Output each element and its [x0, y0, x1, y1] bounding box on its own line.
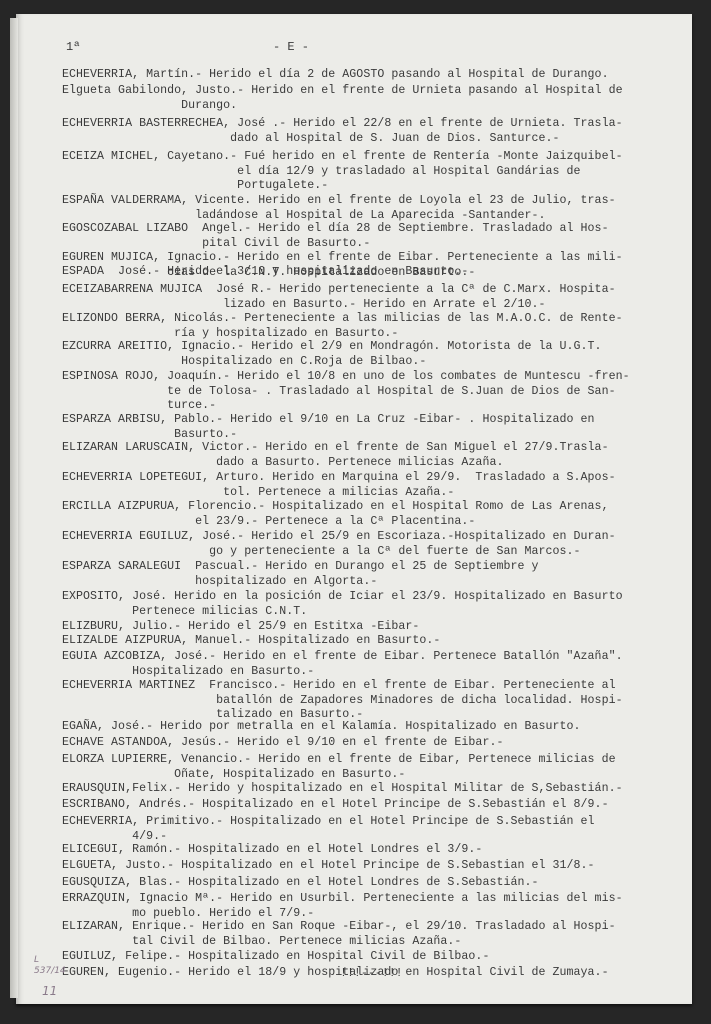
- entry-line: ECHEVERRIA, Martín.- Herido el día 2 de …: [62, 68, 609, 82]
- entry-line: EGUIA AZCOBIZA, José.- Herido en el fren…: [62, 650, 623, 664]
- entry-line: ELIZONDO BERRA, Nicolás.- Perteneciente …: [62, 312, 623, 326]
- entry-continuation-line: Portugalete.-: [62, 179, 328, 193]
- entry-line: EGAÑA, José.- Herido por metralla en el …: [62, 720, 581, 734]
- entry-continuation-line: Hospitalizado en Basurto.-: [62, 665, 314, 679]
- entry-line: ESPINOSA ROJO, Joaquín.- Herido el 10/8 …: [62, 370, 630, 384]
- entry-line: ERAUSQUIN,Felix.- Herido y hospitalizado…: [62, 782, 623, 796]
- entry-continuation-line: tal Civil de Bilbao. Pertenece milicias …: [62, 935, 461, 949]
- entry-line: ERCILLA AIZPURUA, Florencio.- Hospitaliz…: [62, 500, 609, 514]
- entry-continuation-line: pital Civil de Basurto.-: [62, 237, 370, 251]
- entry-continuation-line: go y perteneciente a la Cª del fuerte de…: [62, 545, 581, 559]
- entry-line: EXPOSITO, José. Herido en la posición de…: [62, 590, 623, 604]
- entry-line: ECHEVERRIA LOPETEGUI, Arturo. Herido en …: [62, 471, 616, 485]
- entry-line: EGUREN, Eugenio.- Herido el 18/9 y hospi…: [62, 966, 609, 980]
- entry-line: ESCRIBANO, Andrés.- Hospitalizado en el …: [62, 798, 609, 812]
- entry-continuation-line: Basurto.-: [62, 428, 237, 442]
- entry-line: ERRAZQUIN, Ignacio Mª.- Herido en Usurbi…: [62, 892, 623, 906]
- entry-line: ESPARZA SARALEGUI Pascual.- Herido en Du…: [62, 560, 539, 574]
- entry-line: ECHEVERRIA, Primitivo.- Hospitalizado en…: [62, 815, 595, 829]
- entry-line: ECEIZABARRENA MUJICA José R.- Herido per…: [62, 283, 616, 297]
- entry-continuation-line: turce.-: [62, 399, 216, 413]
- entry-line: ESPAÑA VALDERRAMA, Vicente. Herido en el…: [62, 194, 616, 208]
- page-edge: [10, 18, 18, 998]
- entry-line: ECHEVERRIA BASTERRECHEA, José .- Herido …: [62, 117, 623, 131]
- entry-line: ECHAVE ASTANDOA, Jesús.- Herido el 9/10 …: [62, 736, 503, 750]
- archive-sheet-number: 11: [42, 984, 57, 998]
- entry-line: EGUSQUIZA, Blas.- Hospitalizado en el Ho…: [62, 876, 539, 890]
- entry-continuation-line: el día 12/9 y trasladado al Hospital Gan…: [62, 165, 581, 179]
- entry-line: ELIZARAN, Enrique.- Herido en San Roque …: [62, 920, 616, 934]
- page-number: 1ª: [66, 40, 80, 54]
- archive-reference: L 537/14: [34, 955, 66, 977]
- entry-line: Elgueta Gabilondo, Justo.- Herido en el …: [62, 84, 623, 98]
- entry-continuation-line: Oñate, Hospitalizado en Basurto.-: [62, 768, 405, 782]
- entry-line: ECHEVERRIA MARTINEZ Francisco.- Herido e…: [62, 679, 616, 693]
- entry-continuation-line: dado al Hospital de S. Juan de Dios. San…: [62, 132, 560, 146]
- entry-line: ESPARZA ARBISU, Pablo.- Herido el 9/10 e…: [62, 413, 595, 427]
- entry-line: EGUILUZ, Felipe.- Hospitalizado en Hospi…: [62, 950, 489, 964]
- entry-line: ECHEVERRIA EGUILUZ, José.- Herido el 25/…: [62, 530, 616, 544]
- end-mark: !!!---!!!: [340, 967, 403, 980]
- entry-continuation-line: Pertenece milicias C.N.T.: [62, 605, 307, 619]
- entry-continuation-line: lizado en Basurto.- Herido en Arrate el …: [62, 298, 546, 312]
- entry-line: ELGUETA, Justo.- Hospitalizado en el Hot…: [62, 859, 595, 873]
- entry-continuation-line: te de Tolosa- . Trasladado al Hospital d…: [62, 385, 616, 399]
- entry-continuation-line: tol. Pertenece a milicias Azaña.-: [62, 486, 454, 500]
- entry-line: ELIZALDE AIZPURUA, Manuel.- Hospitalizad…: [62, 634, 440, 648]
- entry-line: ELORZA LUPIERRE, Venancio.- Herido en el…: [62, 753, 616, 767]
- entry-continuation-line: cias de la C.N.T. Hospitalizado en Basur…: [62, 266, 475, 280]
- entry-continuation-line: Durango.: [62, 99, 237, 113]
- entry-continuation-line: el 23/9.- Pertenece a la Cª Placentina.-: [62, 515, 475, 529]
- entry-continuation-line: ladándose al Hospital de La Aparecida -S…: [62, 209, 546, 223]
- entry-continuation-line: hospitalizado en Algorta.-: [62, 575, 377, 589]
- entry-continuation-line: 4/9.-: [62, 830, 167, 844]
- entry-continuation-line: ría y hospitalizado en Basurto.-: [62, 327, 398, 341]
- entry-line: EGUREN MUJICA, Ignacio.- Herido en el fr…: [62, 251, 623, 265]
- entry-line: ECEIZA MICHEL, Cayetano.- Fué herido en …: [62, 150, 623, 164]
- entry-continuation-line: dado a Basurto. Pertenece milicias Azaña…: [62, 456, 503, 470]
- entry-line: ELIZARAN LARUSCAIN, Victor.- Herido en e…: [62, 441, 609, 455]
- entry-line: EGOSCOZABAL LIZABO Angel.- Herido el día…: [62, 222, 609, 236]
- entry-continuation-line: mo pueblo. Herido el 7/9.-: [62, 907, 314, 921]
- entry-line: EZCURRA AREITIO, Ignacio.- Herido el 2/9…: [62, 340, 602, 354]
- letter-heading: - E -: [273, 40, 309, 54]
- entry-continuation-line: batallón de Zapadores Minadores de dicha…: [62, 694, 623, 708]
- entry-line: ELIZBURU, Julio.- Herido el 25/9 en Esti…: [62, 620, 419, 634]
- entry-continuation-line: Hospitalizado en C.Roja de Bilbao.-: [62, 355, 426, 369]
- entry-line: ELICEGUI, Ramón.- Hospitalizado en el Ho…: [62, 843, 482, 857]
